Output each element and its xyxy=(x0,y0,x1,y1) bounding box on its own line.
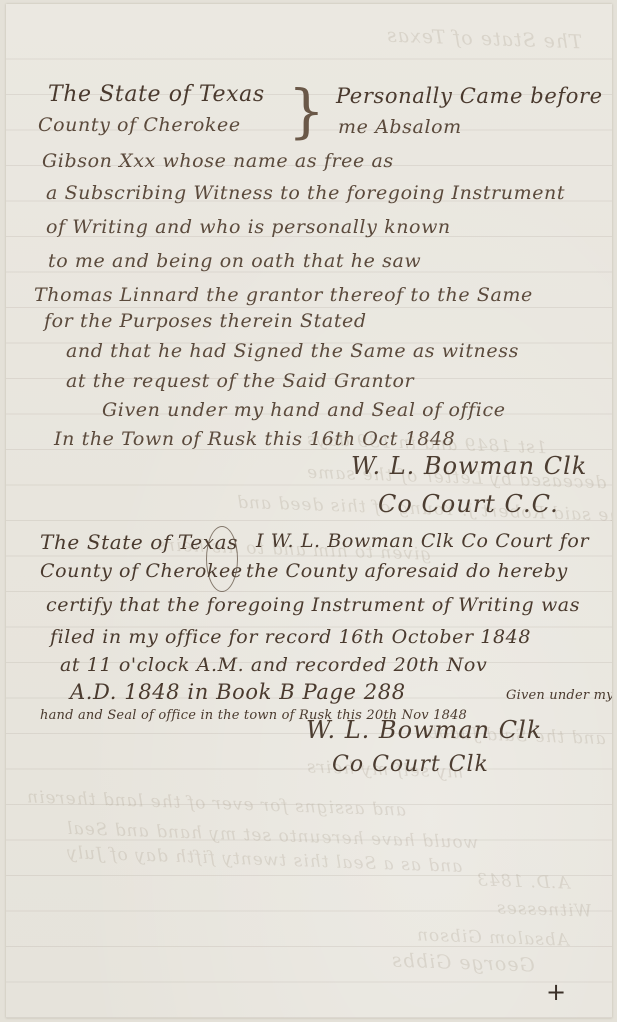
section2-signature-title: Co Court Clk xyxy=(332,752,489,777)
section2-line: filed in my office for record 16th Octob… xyxy=(50,626,531,648)
section1-line: me Absalom xyxy=(338,116,462,138)
section1-caption-county: County of Cherokee xyxy=(38,114,241,136)
section1-line: of Writing and who is personally known xyxy=(46,216,451,238)
section1-caption-state: The State of Texas xyxy=(48,82,265,107)
section2-line: certify that the foregoing Instrument of… xyxy=(46,594,580,616)
section1-line: and that he had Signed the Same as witne… xyxy=(66,340,519,362)
section1-line: Thomas Linnard the grantor thereof to th… xyxy=(34,284,533,306)
section2-line: Given under my xyxy=(506,688,612,703)
section2-line: the County aforesaid do hereby xyxy=(246,560,568,582)
section1-signature: W. L. Bowman Clk xyxy=(351,452,587,480)
section2-line: I W. L. Bowman Clk Co Court for xyxy=(256,530,589,552)
section1-line: to me and being on oath that he saw xyxy=(48,250,421,272)
section1-line: Given under my hand and Seal of office xyxy=(102,399,506,421)
section2-signature: W. L. Bowman Clk xyxy=(306,716,542,744)
section1-line: for the Purposes therein Stated xyxy=(44,310,367,332)
document-page: The State of Texas 1st 1849 and in 139 d… xyxy=(6,4,612,1018)
section1-signature-title: Co Court C.C. xyxy=(378,490,559,518)
caption-flourish xyxy=(206,526,238,592)
corner-mark: + xyxy=(546,978,566,1006)
bleed-through-line: A.D. 1843 xyxy=(476,870,570,893)
section2-line: A.D. 1848 in Book B Page 288 xyxy=(70,680,406,704)
section2-line: at 11 o'clock A.M. and recorded 20th Nov xyxy=(60,654,487,676)
section1-line: Gibson Xxx whose name as free as xyxy=(42,150,394,172)
section1-line: Personally Came before xyxy=(336,84,603,108)
bleed-through-line: Witnesses xyxy=(496,898,592,921)
caption-brace: } xyxy=(288,82,325,140)
section1-line: In the Town of Rusk this 16th Oct 1848 xyxy=(54,428,455,450)
section1-line: a Subscribing Witness to the foregoing I… xyxy=(46,182,565,204)
section1-line: at the request of the Said Grantor xyxy=(66,370,414,392)
